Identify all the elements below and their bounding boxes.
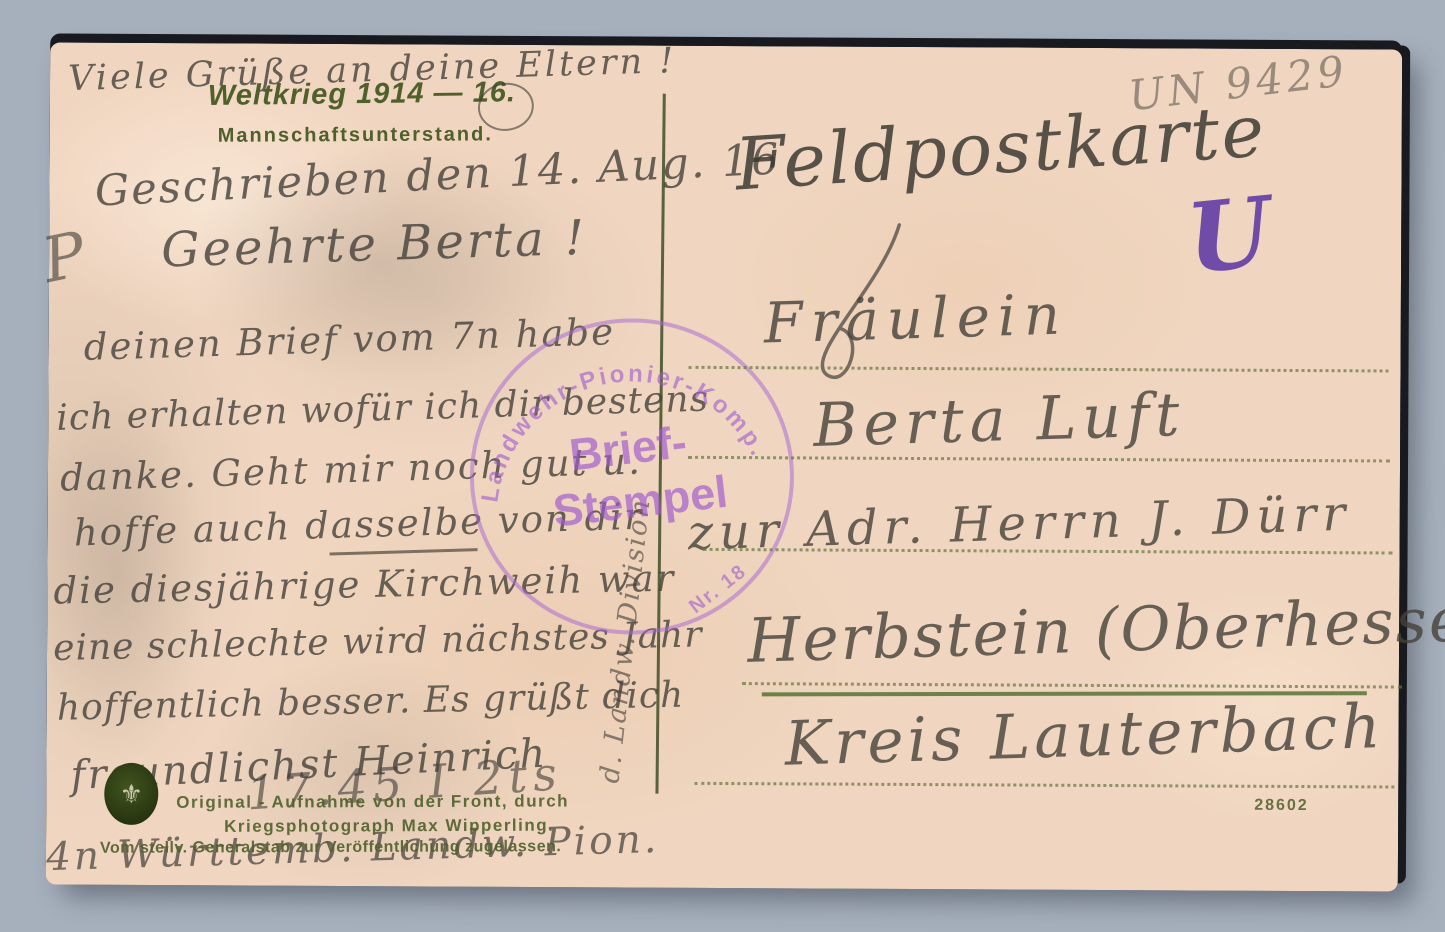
message-salutation: Geehrte Berta ! [160, 210, 588, 279]
printed-title: Weltkrieg 1914 — 16. [208, 76, 516, 113]
postcard: Viele Grüße an deine Eltern ! Weltkrieg … [46, 42, 1402, 891]
stamp-center-line1: Brief- [567, 416, 690, 480]
imprint-line-3: Vom stellv. Generalstab zur Veröffentlic… [100, 838, 561, 858]
message-line: hoffentlich besser. Es grüßt dich [56, 675, 684, 729]
address-line-5: Kreis Lauterbach [784, 691, 1386, 780]
imprint-line-2: Kriegsphotograph Max Wipperling. [224, 816, 554, 837]
address-ruled-line [694, 782, 1394, 789]
publisher-logo-ornament-icon: ⚜ [120, 778, 143, 809]
address-line-1: Fräulein [763, 283, 1069, 357]
imprint-line-1: Original - Aufnahme von der Front, durch [176, 791, 569, 812]
message-date-line: Geschrieben den 14. Aug. 16 [94, 134, 782, 216]
stray-pencil-mark: P [36, 217, 92, 297]
address-ruled-line [742, 682, 1402, 688]
publisher-logo: ⚜ [104, 763, 158, 825]
imprint-serial-number: 28602 [1254, 797, 1309, 815]
printed-subtitle: Mannschaftsunterstand. [218, 123, 493, 147]
scanned-postcard-photo: { "colors":{ "bg":"#a6b0bd","paper":"#f0… [0, 0, 1445, 932]
violet-ink-mark: U [1182, 175, 1277, 296]
pencil-underline-dasselbe [330, 548, 478, 555]
address-line-4: Herbstein (Oberhessen) [746, 583, 1445, 677]
address-line-2: Berta Luft [812, 380, 1186, 461]
